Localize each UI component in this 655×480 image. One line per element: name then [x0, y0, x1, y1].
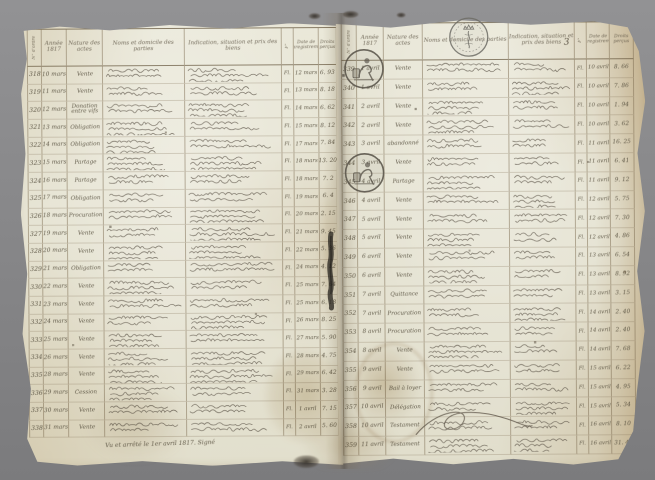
cell-parties-handwriting — [105, 402, 187, 420]
register-row: 3548 avrilVenteFl.14 avril7. 68 — [343, 341, 636, 362]
cell-biens-handwriting — [510, 210, 576, 229]
register-row: 3412 avrilVenteFl.10 avril1. 94 — [341, 97, 634, 118]
cell-parties-handwriting — [425, 361, 511, 380]
cell-parties-handwriting — [424, 304, 510, 323]
register-row: 3506 avrilVenteFl.13 avril8. 92 — [342, 266, 635, 287]
cell-parties-handwriting — [103, 137, 185, 155]
cell-parties-handwriting — [104, 314, 186, 332]
cell-nature: Vente — [68, 243, 104, 261]
cell-nature: Vente — [385, 267, 424, 286]
cell-amt: 8. 10 — [612, 416, 636, 435]
handwriting-strokes — [511, 155, 571, 170]
handwriting-strokes — [426, 174, 506, 190]
cell-biens-handwriting — [185, 136, 282, 154]
cell-parties-handwriting — [424, 210, 510, 229]
handwriting-strokes — [106, 297, 182, 313]
handwriting-strokes — [511, 136, 571, 152]
handwriting-strokes — [513, 343, 573, 358]
cell-fo: Fl. — [282, 136, 294, 154]
cell-amt: 6. 4 — [320, 189, 338, 207]
cell-nature: Vente — [384, 117, 423, 136]
cell-parties-handwriting — [105, 331, 187, 349]
cell-amt: 7. 2 — [320, 171, 338, 189]
figure-seal-stamp-icon — [340, 45, 388, 93]
cell-amt: 6. 62 — [319, 100, 337, 118]
closing-statement: Vu et arrêté le 1er avril 1817. Signé — [105, 439, 330, 446]
cell-biens-handwriting — [509, 135, 575, 154]
cell-biens-handwriting — [186, 242, 283, 260]
handwriting-strokes — [426, 268, 506, 283]
handwriting-strokes — [188, 172, 278, 188]
handwriting-strokes — [427, 381, 507, 396]
cell-date: 24 mars — [43, 314, 68, 332]
cell-fo: Fl. — [577, 379, 589, 398]
handwriting-strokes — [513, 362, 573, 377]
cell-amt: 6. 22 — [612, 360, 636, 379]
cell-no: 347 — [342, 211, 358, 230]
cell-reg: 11 avril — [588, 172, 611, 191]
register-row: 3559 avrilVenteFl.15 avril6. 22 — [343, 360, 636, 381]
cell-parties-handwriting — [105, 420, 187, 438]
cell-fo: Fl. — [284, 348, 296, 366]
cell-fo: Fl. — [575, 59, 587, 78]
handwriting-strokes — [106, 191, 182, 206]
cell-amt: 7. 15 — [321, 401, 339, 419]
cell-reg: 14 avril — [589, 341, 612, 360]
register-row: 33629 marsCessionFl.31 mars3. 28 — [29, 383, 339, 403]
cell-parties-handwriting — [423, 79, 509, 98]
cell-biens-handwriting — [186, 313, 283, 331]
handwriting-strokes — [426, 230, 506, 246]
handwriting-strokes — [511, 80, 571, 96]
handwriting-strokes — [189, 402, 279, 417]
register-row: 32416 marsPartageFl.18 mars7. 2 — [28, 171, 338, 191]
handwriting-strokes — [106, 243, 182, 259]
cell-fo: Fl. — [576, 210, 588, 229]
header-parties: Noms et domicile des parties — [103, 29, 185, 67]
cell-date: 22 mars — [43, 279, 68, 297]
handwriting-strokes — [426, 249, 506, 265]
page-number: 3 — [563, 37, 569, 47]
cell-no: 356 — [343, 380, 359, 399]
cell-reg: 16 avril — [589, 416, 612, 435]
cell-reg: 15 mars — [294, 118, 319, 136]
cell-no: 333 — [29, 332, 44, 350]
cell-amt: 5. 90 — [321, 330, 339, 348]
cell-amt: 8. 12 — [319, 118, 337, 136]
register-row: 33730 marsVenteFl.1 avril7. 15 — [29, 401, 339, 421]
cell-reg: 25 mars — [295, 295, 320, 313]
cell-biens-handwriting — [510, 172, 576, 191]
cell-fo: Fl. — [282, 101, 294, 119]
cell-amt: 8. 66 — [610, 59, 634, 78]
cell-reg: 25 mars — [295, 277, 320, 295]
cell-reg: 18 mars — [294, 154, 319, 172]
cell-no: 320 — [27, 102, 42, 120]
handwriting-strokes — [106, 173, 182, 189]
cell-amt: 8. 25 — [320, 313, 338, 331]
handwriting-strokes — [511, 117, 571, 132]
cell-biens-handwriting — [509, 153, 575, 172]
cell-nature: Vente — [385, 192, 424, 211]
handwriting-strokes — [107, 332, 183, 347]
cell-amt: 3. 62 — [610, 116, 634, 135]
signature-flourish — [408, 402, 538, 449]
cell-parties-handwriting — [425, 323, 511, 342]
register-row: 3485 avrilVenteFl.12 avril4. 86 — [342, 228, 635, 249]
cell-parties-handwriting — [424, 229, 510, 248]
handwriting-strokes — [512, 174, 572, 189]
cell-parties-handwriting — [105, 384, 187, 402]
handwriting-strokes — [189, 384, 279, 401]
handwriting-strokes — [189, 349, 279, 365]
cell-date: 26 mars — [44, 350, 69, 368]
handwriting-strokes — [105, 102, 181, 117]
handwriting-strokes — [425, 155, 505, 171]
cell-no: 330 — [28, 279, 43, 297]
handwriting-strokes — [426, 212, 506, 227]
cell-reg: 13 avril — [588, 285, 611, 304]
register-row: 32719 marsVenteFl.21 mars9. 45 — [28, 224, 338, 244]
cell-date: 10 mars — [42, 67, 67, 85]
cell-amt: 2. 15 — [320, 206, 338, 224]
register-row: 3496 avrilVenteFl.13 avril6. 54 — [342, 247, 635, 268]
cell-biens-handwriting — [509, 78, 575, 97]
register-row: 33224 marsVenteFl.26 mars8. 25 — [28, 313, 338, 333]
handwriting-strokes — [187, 119, 277, 134]
handwriting-strokes — [425, 80, 505, 96]
cell-no: 351 — [342, 286, 358, 305]
handwriting-strokes — [105, 67, 181, 82]
cell-amt: 4. 95 — [612, 379, 636, 398]
cell-reg: 14 mars — [294, 100, 319, 118]
cell-biens-handwriting — [187, 384, 284, 402]
cell-amt: 4. 86 — [611, 228, 635, 247]
cell-fo: Fl. — [284, 401, 296, 419]
cell-biens-handwriting — [510, 247, 576, 266]
cell-no: 357 — [343, 399, 359, 418]
cell-parties-handwriting — [104, 296, 186, 314]
handwriting-strokes — [107, 368, 183, 383]
cell-reg: 26 mars — [295, 313, 320, 331]
handwriting-strokes — [188, 208, 278, 224]
cell-fo: Fl. — [576, 304, 588, 323]
cell-reg: 15 avril — [589, 398, 612, 417]
register-row: 3422 avrilVenteFl.10 avril3. 62 — [341, 116, 634, 137]
cell-nature: Vente — [385, 211, 424, 230]
cell-amt: 7. 68 — [612, 341, 636, 360]
cell-reg: 29 mars — [296, 366, 321, 384]
register-row: 3475 avrilVenteFl.12 avril7. 30 — [342, 210, 635, 231]
cell-biens-handwriting — [185, 65, 282, 83]
cell-reg: 10 avril — [587, 59, 610, 78]
register-row: 33528 marsVenteFl.29 mars6. 42 — [29, 366, 339, 386]
register-row: 32921 marsObligationFl.24 mars4. 12 — [28, 260, 338, 280]
cell-amt: 6. 42 — [321, 366, 339, 384]
header-nature: Nature des actes — [67, 29, 103, 66]
cell-biens-handwriting — [187, 401, 284, 419]
cell-no: 334 — [29, 350, 44, 368]
cell-nature: Cession — [69, 385, 105, 403]
handwriting-strokes — [188, 226, 278, 241]
register-row: 3569 avrilBail à loyerFl.15 avril4. 95 — [343, 379, 636, 400]
cell-no: 332 — [28, 314, 43, 332]
header-droits: Droits perçus — [610, 22, 634, 59]
cell-fo: Fl. — [283, 189, 295, 207]
handwriting-strokes — [106, 261, 182, 277]
cell-reg: 21 mars — [295, 224, 320, 242]
handwriting-strokes — [188, 261, 278, 277]
handwriting-strokes — [425, 136, 505, 152]
cell-parties-handwriting — [423, 154, 509, 173]
cell-nature: Vente — [384, 98, 423, 117]
cell-date: 6 avril — [358, 267, 385, 286]
cell-no: 331 — [28, 297, 43, 315]
cell-fo: Fl. — [283, 171, 295, 189]
cell-amt: 2. 40 — [612, 322, 636, 341]
cell-fo: Fl. — [577, 360, 589, 379]
handwriting-strokes — [512, 324, 572, 340]
cell-parties-handwriting — [103, 101, 185, 119]
figure-seal-stamp-icon — [340, 149, 388, 197]
cell-date: 5 avril — [358, 211, 385, 230]
cell-fo: Fl. — [283, 242, 295, 260]
cell-nature: abandonné — [384, 136, 423, 155]
cell-nature: Vente — [69, 332, 105, 350]
cell-nature: Vente — [69, 420, 105, 438]
handwriting-strokes — [425, 117, 505, 133]
handwriting-strokes — [188, 190, 278, 205]
dust-specks — [13, 15, 14, 16]
cell-no: 322 — [27, 138, 42, 156]
handwriting-strokes — [425, 61, 505, 76]
cell-nature: Vente — [384, 154, 423, 173]
cell-biens-handwriting — [509, 116, 575, 135]
handwriting-strokes — [106, 314, 182, 330]
cell-biens-handwriting — [510, 285, 576, 304]
cell-biens-handwriting — [510, 266, 576, 285]
cell-reg: 20 mars — [295, 207, 320, 225]
cell-amt: 6. 41 — [610, 153, 634, 172]
cell-no: 342 — [341, 117, 357, 136]
cell-nature: Vente — [68, 314, 104, 332]
cell-reg: 2 avril — [296, 419, 321, 437]
cell-no: 323 — [27, 155, 42, 173]
handwriting-strokes — [106, 155, 182, 170]
cell-parties-handwriting — [104, 207, 186, 225]
cell-biens-handwriting — [186, 224, 283, 242]
handwriting-strokes — [105, 85, 181, 100]
cell-fo: Fl. — [284, 331, 296, 349]
register-row: 31810 marsVenteFl.12 mars6. 93 — [27, 65, 337, 85]
cell-nature: Obligation — [67, 137, 103, 155]
cell-date: 12 mars — [42, 102, 67, 120]
cell-nature: Vente — [68, 226, 104, 244]
torn-edge-fray — [343, 11, 359, 18]
cell-date: 30 mars — [44, 403, 69, 421]
cell-date: 19 mars — [43, 226, 68, 244]
register-row: 3517 avrilQuittanceFl.13 avril3. 15 — [342, 285, 635, 306]
handwriting-strokes — [187, 137, 277, 152]
handwriting-strokes — [107, 350, 183, 365]
cell-date: 11 avril — [359, 437, 386, 456]
handwriting-strokes — [426, 287, 506, 303]
cell-fo: Fl. — [283, 224, 295, 242]
cell-biens-handwriting — [186, 260, 283, 278]
cell-fo: Fl. — [576, 285, 588, 304]
header-folio: F° — [282, 28, 294, 65]
handwriting-strokes — [187, 102, 277, 117]
cell-parties-handwriting — [104, 278, 186, 296]
cell-amt: 6. 54 — [611, 247, 635, 266]
cell-biens-handwriting — [510, 304, 576, 323]
cell-parties-handwriting — [105, 367, 187, 385]
cell-parties-handwriting — [423, 116, 509, 135]
cell-nature: Quittance — [385, 286, 424, 305]
cell-no: 338 — [29, 421, 44, 439]
header-reg-date: Date de l'enregistrement — [587, 22, 610, 59]
cell-nature: Vente — [69, 367, 105, 385]
header-droits: Droits perçus — [319, 28, 337, 65]
cell-parties-handwriting — [424, 173, 510, 192]
cell-fo: Fl. — [283, 313, 295, 331]
handwriting-strokes — [427, 362, 507, 378]
handwriting-strokes — [512, 249, 572, 265]
cell-no: 341 — [341, 98, 357, 117]
cell-amt: 5. 75 — [611, 191, 635, 210]
handwriting-strokes — [188, 313, 278, 329]
register-row: 33022 marsVenteFl.25 mars7. 64 — [28, 277, 338, 297]
register-row: 32618 marsProcurationFl.20 mars2. 15 — [28, 206, 338, 226]
register-row: 3527 avrilProcurationFl.14 avril2. 40 — [342, 304, 635, 325]
cell-biens-handwriting — [186, 207, 283, 225]
ledger-grid-left: N° d'ordre Année 1817 Nature des actes N… — [27, 27, 339, 438]
cell-reg: 12 avril — [588, 191, 611, 210]
header-row: N° d'ordre Année 1817 Nature des actes N… — [27, 27, 337, 67]
cell-date: 18 mars — [43, 208, 68, 226]
cell-biens-handwriting — [511, 379, 577, 398]
handwriting-strokes — [425, 99, 505, 115]
handwriting-strokes — [512, 193, 572, 208]
cell-nature: Obligation — [68, 190, 104, 208]
cell-parties-handwriting — [103, 84, 185, 102]
cell-parties-handwriting — [424, 267, 510, 286]
cell-amt: 7. 86 — [610, 78, 634, 97]
cell-date: 11 mars — [42, 84, 67, 102]
register-row: 3538 avrilProcurationFl.14 avril2. 40 — [343, 322, 636, 343]
register-row: 32517 marsObligationFl.19 mars6. 4 — [28, 189, 338, 209]
cell-date: 9 avril — [359, 361, 386, 380]
cell-reg: 10 avril — [587, 78, 610, 97]
handwriting-strokes — [512, 268, 572, 283]
cell-biens-handwriting — [511, 360, 577, 379]
cell-biens-handwriting — [185, 154, 282, 172]
torn-edge-fray — [293, 455, 319, 468]
cell-no: 324 — [28, 173, 43, 191]
handwriting-strokes — [107, 403, 183, 419]
cell-reg: 13 mars — [294, 83, 319, 101]
cell-amt: 8. 92 — [611, 266, 635, 285]
register-row: 32820 marsVenteFl.22 mars5. 36 — [28, 242, 338, 262]
register-row: 32315 marsPartageFl.18 mars13. 20 — [27, 153, 337, 173]
cell-parties-handwriting — [424, 248, 510, 267]
cell-reg: 11 avril — [587, 134, 610, 153]
cell-amt: 16. 25 — [610, 134, 634, 153]
cell-nature: Vente — [386, 361, 425, 380]
cell-parties-handwriting — [425, 379, 511, 398]
cell-reg: 16 avril — [589, 435, 612, 454]
cell-nature: Vente — [385, 230, 424, 249]
handwriting-strokes — [188, 243, 278, 258]
header-order: N° d'ordre — [27, 30, 42, 67]
cell-biens-handwriting — [186, 278, 283, 296]
cell-amt: 3. 28 — [321, 383, 339, 401]
cell-date: 31 mars — [44, 420, 69, 438]
binding-clasp-icon — [323, 231, 339, 311]
cell-amt: 3. 15 — [611, 285, 635, 304]
cell-no: 349 — [342, 249, 358, 268]
cell-reg: 13 avril — [588, 266, 611, 285]
cell-parties-handwriting — [104, 260, 186, 278]
cell-biens-handwriting — [511, 323, 577, 342]
cell-reg: 15 avril — [589, 379, 612, 398]
cell-fo: Fl. — [577, 341, 589, 360]
cell-no: 352 — [342, 305, 358, 324]
crown-seal-stamp-icon — [446, 14, 492, 60]
cell-fo: Fl. — [283, 277, 295, 295]
cell-date: 5 avril — [358, 230, 385, 249]
handwriting-strokes — [187, 155, 277, 171]
cell-fo: Fl. — [576, 172, 588, 191]
cell-fo: Fl. — [577, 398, 589, 417]
cell-no: 358 — [343, 418, 359, 437]
cell-fo: Fl. — [576, 247, 588, 266]
cell-nature: Vente — [386, 342, 425, 361]
handwriting-strokes — [106, 208, 182, 224]
cell-nature: Partage — [67, 155, 103, 173]
cell-reg: 18 mars — [295, 171, 320, 189]
handwriting-strokes — [512, 230, 572, 245]
cell-date: 21 mars — [43, 261, 68, 279]
cell-parties-handwriting — [104, 225, 186, 243]
cell-fo: Fl. — [576, 191, 588, 210]
handwriting-strokes — [427, 325, 507, 340]
cell-biens-handwriting — [185, 83, 282, 101]
cell-amt: 4. 75 — [321, 348, 339, 366]
cell-date: 10 avril — [359, 418, 386, 437]
cell-date: 7 avril — [358, 305, 385, 324]
cell-parties-handwriting — [424, 285, 510, 304]
cell-nature: Vente — [68, 296, 104, 314]
cell-reg: 13 avril — [588, 247, 611, 266]
cell-nature: Vente — [385, 248, 424, 267]
cell-amt: 1. 94 — [610, 97, 634, 116]
cell-nature: Procuration — [386, 324, 425, 343]
register-row: 33123 marsVenteFl.25 mars6. 18 — [28, 295, 338, 315]
cell-no: 319 — [27, 84, 42, 102]
cell-amt: 7. 84 — [319, 136, 337, 154]
cell-reg: 1 avril — [296, 401, 321, 419]
cell-date: 14 mars — [42, 137, 67, 155]
handwriting-strokes — [107, 385, 183, 400]
cell-nature: Obligation — [68, 261, 104, 279]
cell-parties-handwriting — [103, 119, 185, 137]
cell-fo: Fl. — [283, 260, 295, 278]
cell-fo: Fl. — [284, 366, 296, 384]
cell-date: 9 avril — [359, 380, 386, 399]
handwriting-strokes — [106, 279, 182, 294]
ledger-rows-right: 3391 avrilVenteFl.10 avril8. 663401 avri… — [341, 59, 636, 456]
